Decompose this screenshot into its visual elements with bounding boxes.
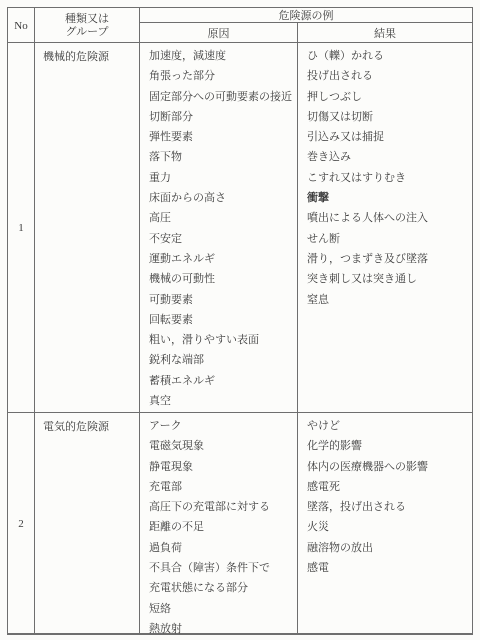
cell-line: 化学的影響: [307, 436, 468, 456]
cell-line: 噴出による人体への注入: [307, 208, 468, 228]
header-type-line2: グループ: [65, 26, 108, 39]
cell-line: 回転要素: [149, 310, 293, 330]
header-cause: 原因: [140, 23, 298, 43]
cell-line: 距離の不足: [149, 517, 293, 537]
table-row-electrical: 2 電気的危険源 アーク電磁気現象静電現象充電部高圧下の充電部に対する距離の不足…: [8, 413, 472, 634]
row-type-label: 機械的危険源: [35, 43, 140, 412]
cell-line: 滑り，つまずき及び墜落: [307, 249, 468, 269]
cell-line: やけど: [307, 416, 468, 436]
cell-line: 充電状態になる部分: [149, 578, 293, 598]
cell-line: 融溶物の放出: [307, 538, 468, 558]
cell-line: 弾性要素: [149, 127, 293, 147]
cell-line: 床面からの高さ: [149, 188, 293, 208]
cell-line: 短絡: [149, 599, 293, 619]
cell-line: 固定部分への可動要素の接近: [149, 87, 293, 107]
cell-line: 墜落，投げ出される: [307, 497, 468, 517]
row-number: 1: [8, 43, 35, 412]
cell-line: 火災: [307, 517, 468, 537]
cell-line: せん断: [307, 229, 468, 249]
cell-line: 高圧下の充電部に対する: [149, 497, 293, 517]
hazard-source-table: No 種類又は グループ 危険源の例 原因 結果 1 機械的危険源 加速度，減速…: [7, 7, 473, 635]
cell-line: 運動エネルギ: [149, 249, 293, 269]
cell-line: 切断部分: [149, 107, 293, 127]
cell-line: 熱放射: [149, 619, 293, 634]
cell-line: 巻き込み: [307, 147, 468, 167]
header-type-line1: 種類又は: [65, 13, 109, 26]
cell-line: 体内の医療機器への影響: [307, 457, 468, 477]
cell-line: 可動要素: [149, 290, 293, 310]
cell-line: 真空: [149, 391, 293, 411]
results-list: やけど化学的影響体内の医療機器への影響感電死墜落，投げ出される火災融溶物の放出感…: [298, 413, 472, 634]
cell-line: 窒息: [307, 290, 468, 310]
cell-line: 不具合（障害）条件下で: [149, 558, 293, 578]
cell-line: 突き刺し又は突き通し: [307, 269, 468, 289]
cell-line: 高圧: [149, 208, 293, 228]
causes-list: 加速度，減速度角張った部分固定部分への可動要素の接近切断部分弾性要素落下物重力床…: [140, 43, 298, 412]
cell-line: 粗い，滑りやすい表面: [149, 330, 293, 350]
cell-line: 衝撃: [307, 188, 468, 208]
header-result: 結果: [298, 23, 472, 43]
cell-line: アーク: [149, 416, 293, 436]
header-no: No: [8, 8, 35, 43]
cell-line: 機械の可動性: [149, 269, 293, 289]
cell-line: 過負荷: [149, 538, 293, 558]
cell-line: 角張った部分: [149, 66, 293, 86]
cell-line: ひ（轢）かれる: [307, 46, 468, 66]
cell-line: 切傷又は切断: [307, 107, 468, 127]
cell-line: 加速度，減速度: [149, 46, 293, 66]
cell-line: 投げ出される: [307, 66, 468, 86]
cell-line: 蓄積エネルギ: [149, 371, 293, 391]
document-page: No 種類又は グループ 危険源の例 原因 結果 1 機械的危険源 加速度，減速…: [0, 0, 480, 640]
cell-line: 電磁気現象: [149, 436, 293, 456]
cell-line: 引込み又は捕捉: [307, 127, 468, 147]
header-hazard-example: 危険源の例: [140, 8, 472, 23]
cell-line: こすれ又はすりむき: [307, 168, 468, 188]
cell-line: 感電死: [307, 477, 468, 497]
cell-line: 落下物: [149, 147, 293, 167]
cell-line: 重力: [149, 168, 293, 188]
cell-line: 鋭利な端部: [149, 350, 293, 370]
cell-line: 充電部: [149, 477, 293, 497]
cell-line: 感電: [307, 558, 468, 578]
cell-line: 押しつぶし: [307, 87, 468, 107]
header-type-group: 種類又は グループ: [35, 8, 140, 43]
results-list: ひ（轢）かれる投げ出される押しつぶし切傷又は切断引込み又は捕捉巻き込みこすれ又は…: [298, 43, 472, 412]
cell-line: 不安定: [149, 229, 293, 249]
causes-list: アーク電磁気現象静電現象充電部高圧下の充電部に対する距離の不足過負荷不具合（障害…: [140, 413, 298, 634]
table-row-mechanical: 1 機械的危険源 加速度，減速度角張った部分固定部分への可動要素の接近切断部分弾…: [8, 43, 472, 413]
table-header: No 種類又は グループ 危険源の例 原因 結果: [8, 8, 472, 43]
cell-line: 静電現象: [149, 457, 293, 477]
row-number: 2: [8, 413, 35, 634]
row-type-label: 電気的危険源: [35, 413, 140, 634]
